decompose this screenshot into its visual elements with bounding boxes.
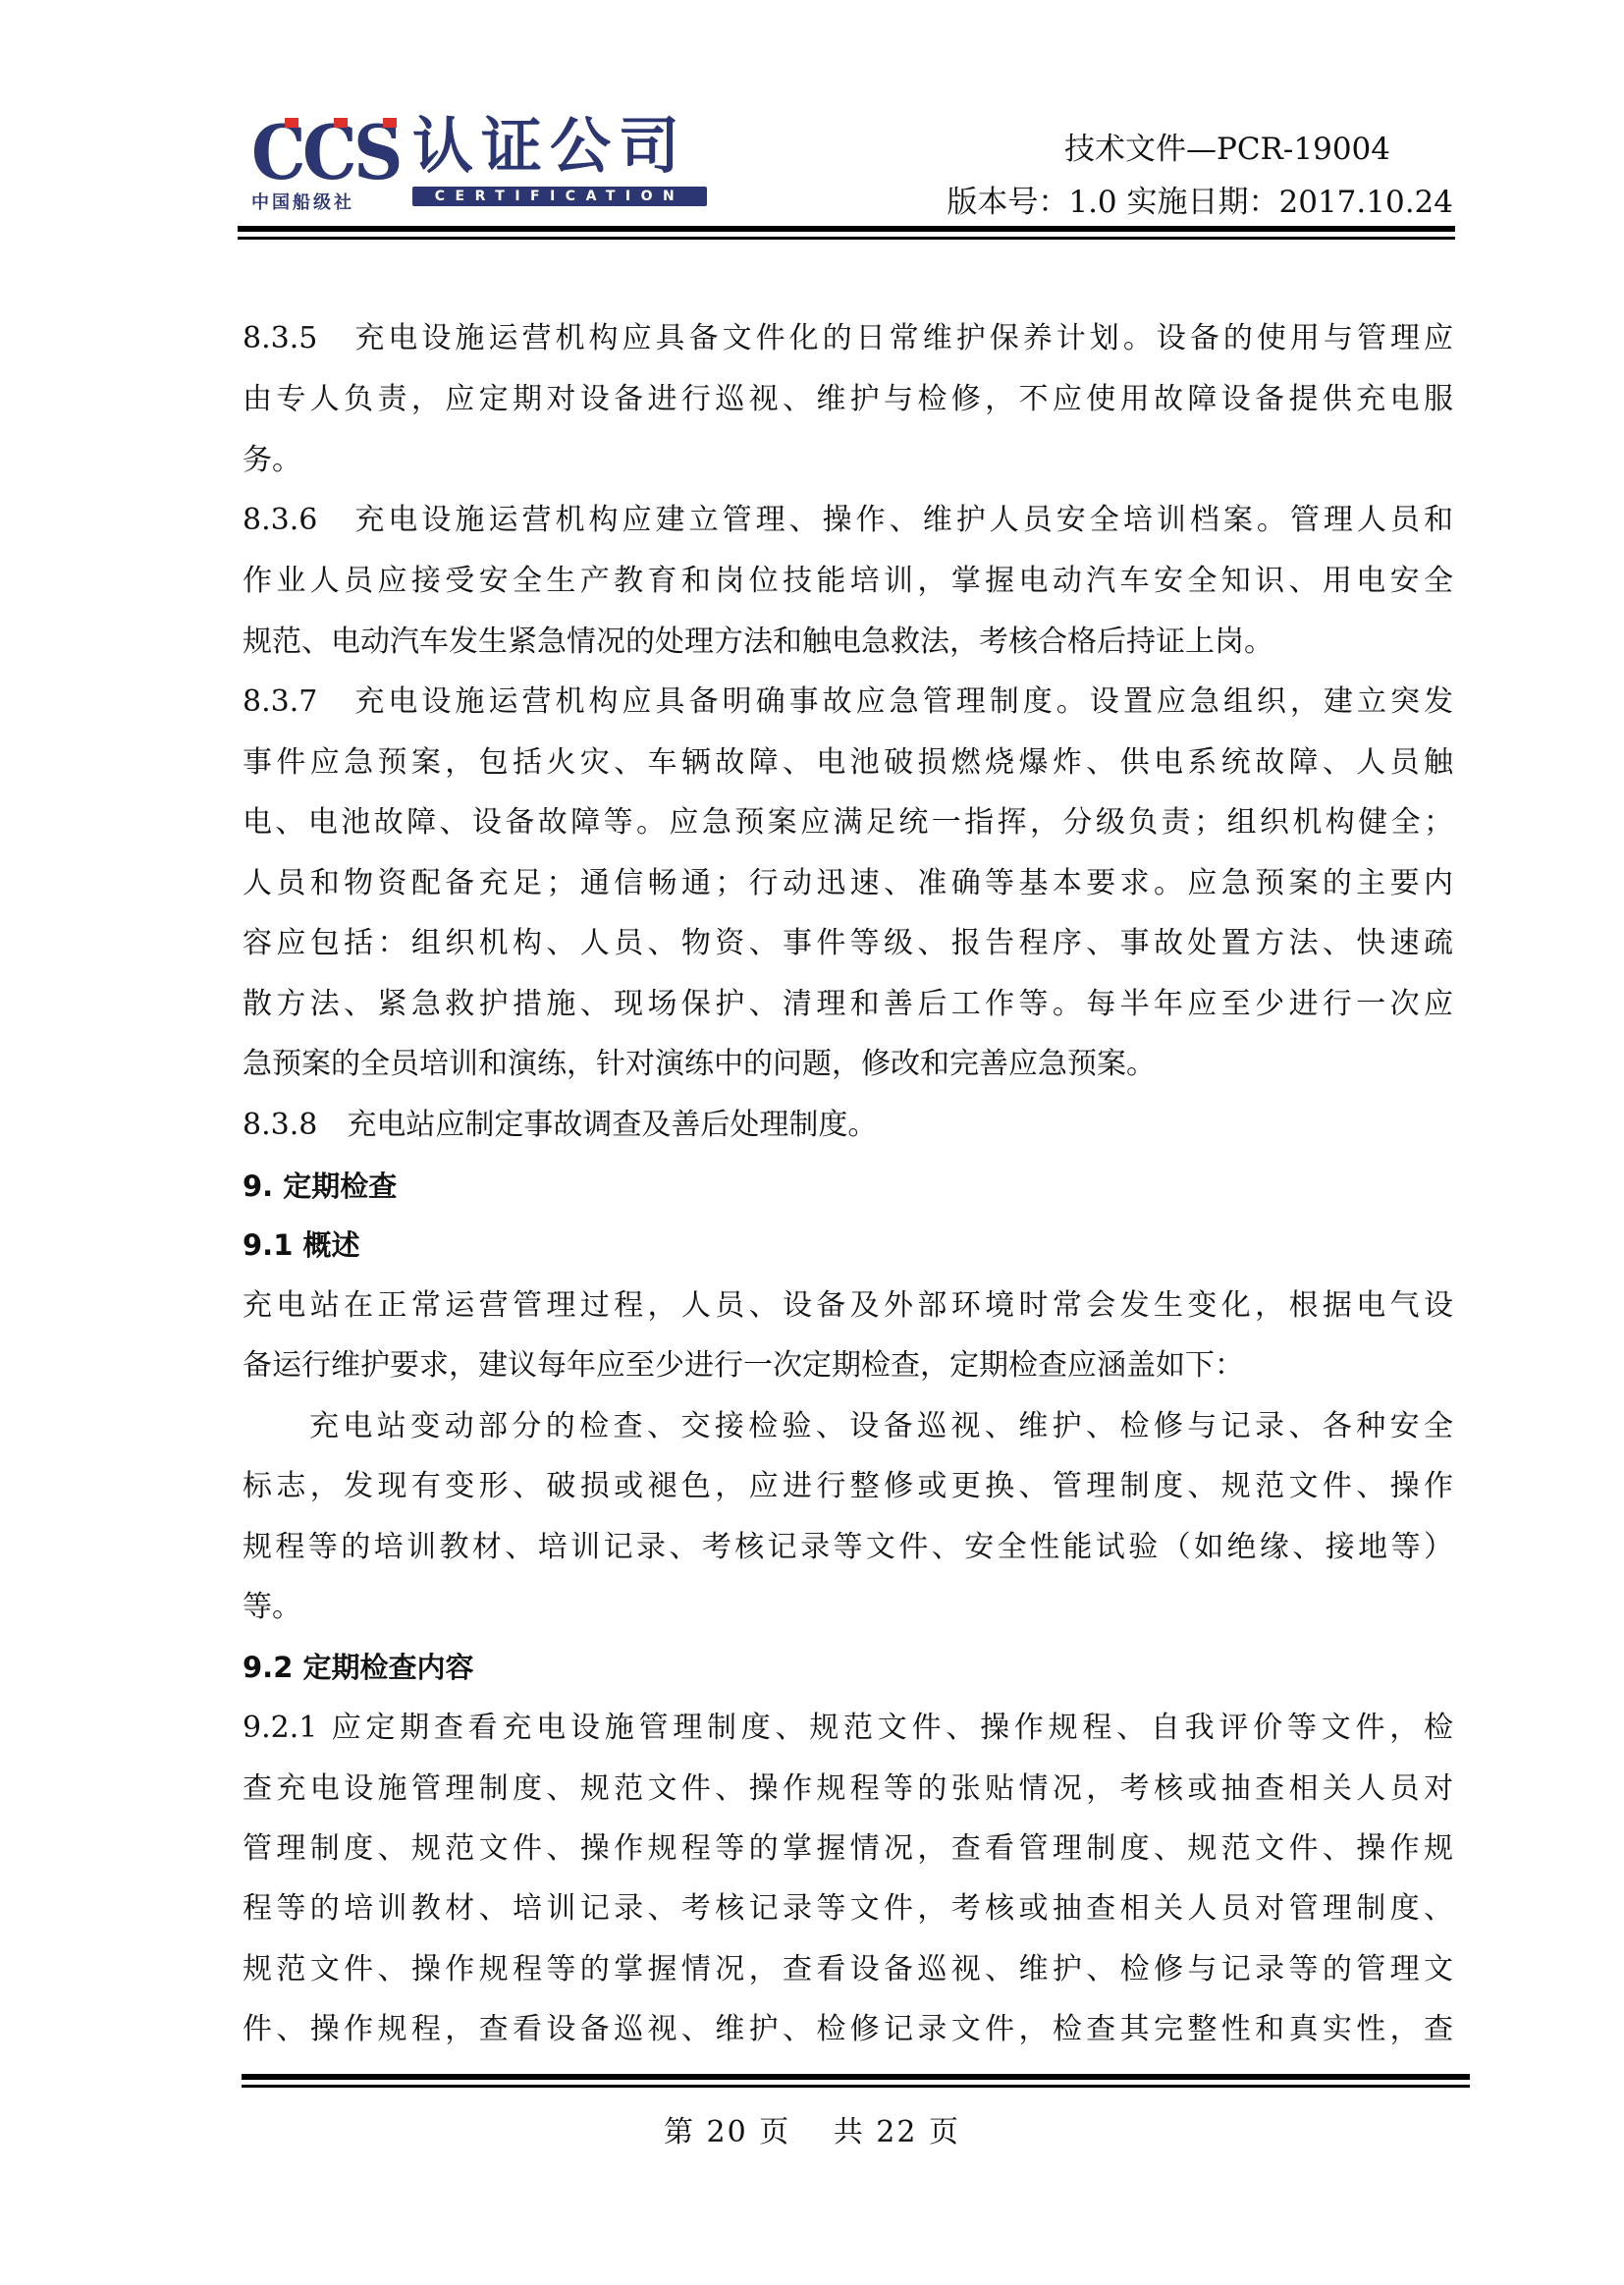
footer-rule-thin	[242, 2085, 1470, 2088]
body-text-line: 管理制度、规范文件、操作规程等的掌握情况，查看管理制度、规范文件、操作规	[243, 1819, 1453, 1879]
body-text-line: 备运行维护要求，建议每年应至少进行一次定期检查，定期检查应涵盖如下：	[243, 1335, 1453, 1396]
ccs-certification-logo: CCS 中国船级社 认证公司 CERTIFICATION	[251, 112, 713, 210]
body-text-line: 8.3.5 充电设施运营机构应具备文件化的日常维护保养计划。设备的使用与管理应	[243, 308, 1453, 369]
body-text-line: 8.3.7 充电设施运营机构应具备明确事故应急管理制度。设置应急组织，建立突发	[243, 672, 1453, 733]
logo-red-notch	[285, 118, 298, 128]
body-text-line: 查充电设施管理制度、规范文件、操作规程等的张贴情况，考核或抽查相关人员对	[243, 1759, 1453, 1820]
body-text-line: 规程等的培训教材、培训记录、考核记录等文件、安全性能试验（如绝缘、接地等）	[243, 1517, 1453, 1578]
page-number: 第 20 页 共 22 页	[0, 2107, 1624, 2150]
body-text-line: 规范、电动汽车发生紧急情况的处理方法和触电急救法，考核合格后持证上岗。	[243, 612, 1453, 673]
section-heading: 9. 定期检查	[243, 1156, 1453, 1217]
body-text-line: 充电站变动部分的检查、交接检验、设备巡视、维护、检修与记录、各种安全	[243, 1396, 1453, 1457]
body-text-line: 充电站在正常运营管理过程，人员、设备及外部环境时常会发生变化，根据电气设	[243, 1276, 1453, 1336]
logo-red-notch	[383, 118, 397, 128]
logo-mark: CCS	[251, 116, 400, 190]
body-text-line: 散方法、紧急救护措施、现场保护、清理和善后工作等。每半年应至少进行一次应	[243, 974, 1453, 1035]
header-rule-thick	[238, 226, 1455, 232]
body-text-line: 人员和物资配备充足；通信畅通；行动迅速、准确等基本要求。应急预案的主要内	[243, 853, 1453, 914]
section-heading: 9.1 概述	[243, 1215, 1453, 1276]
body-text-line: 等。	[243, 1577, 1453, 1638]
logo-subtitle: CERTIFICATION	[412, 187, 707, 206]
body-text-line: 容应包括：组织机构、人员、物资、事件等级、报告程序、事故处置方法、快速疏	[243, 913, 1453, 974]
body-text-line: 由专人负责，应定期对设备进行巡视、维护与检修，不应使用故障设备提供充电服	[243, 369, 1453, 430]
body-text-line: 务。	[243, 430, 1453, 491]
header-rule-thin	[238, 237, 1455, 240]
version-date: 版本号：1.0 实施日期：2017.10.24	[947, 177, 1453, 221]
body-text-line: 8.3.8 充电站应制定事故调查及善后处理制度。	[243, 1095, 1453, 1156]
document-id: 技术文件—PCR-19004	[1064, 124, 1390, 168]
body-text-line: 8.3.6 充电设施运营机构应建立管理、操作、维护人员安全培训档案。管理人员和	[243, 490, 1453, 551]
logo-cn-name: 中国船级社	[251, 189, 354, 214]
body-text-line: 作业人员应接受安全生产教育和岗位技能培训，掌握电动汽车安全知识、用电安全	[243, 551, 1453, 612]
logo-title: 认证公司	[412, 112, 687, 181]
body-text-line: 急预案的全员培训和演练，针对演练中的问题，修改和完善应急预案。	[243, 1034, 1453, 1095]
body-text-line: 电、电池故障、设备故障等。应急预案应满足统一指挥，分级负责；组织机构健全；	[243, 792, 1453, 853]
section-heading: 9.2 定期检查内容	[243, 1637, 1453, 1698]
footer-rule-thick	[242, 2074, 1470, 2080]
logo-red-notch	[334, 118, 348, 128]
body-text-line: 件、操作规程，查看设备巡视、维护、检修记录文件，检查其完整性和真实性，查	[243, 1999, 1453, 2060]
body-text-line: 9.2.1 应定期查看充电设施管理制度、规范文件、操作规程、自我评价等文件，检	[243, 1698, 1453, 1759]
body-text-line: 程等的培训教材、培训记录、考核记录等文件，考核或抽查相关人员对管理制度、	[243, 1878, 1453, 1939]
body-text-line: 事件应急预案，包括火灾、车辆故障、电池破损燃烧爆炸、供电系统故障、人员触	[243, 733, 1453, 793]
body-text-line: 规范文件、操作规程等的掌握情况，查看设备巡视、维护、检修与记录等的管理文	[243, 1939, 1453, 2000]
body-text-line: 标志，发现有变形、破损或褪色，应进行整修或更换、管理制度、规范文件、操作	[243, 1456, 1453, 1517]
